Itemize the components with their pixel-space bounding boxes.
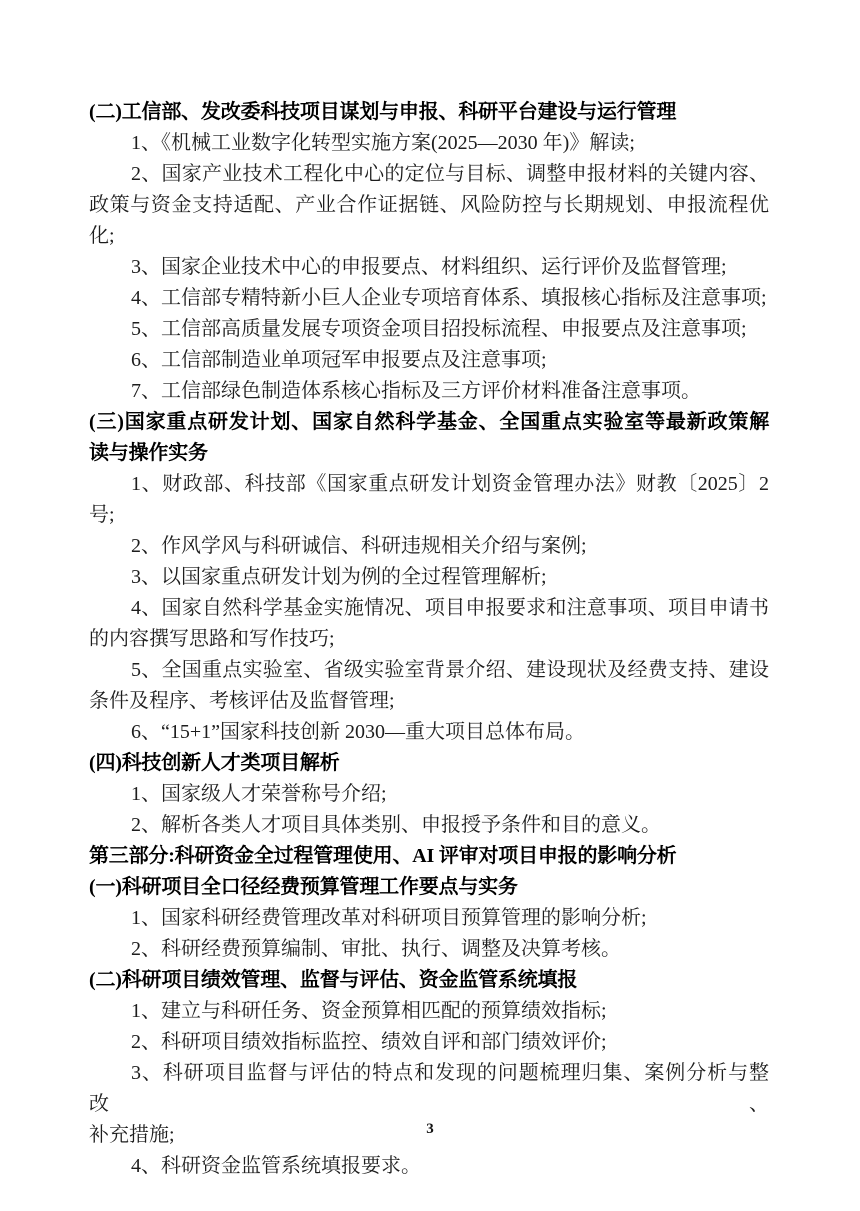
item-line: 2、解析各类人才项目具体类别、申报授予条件和目的意义。	[89, 810, 769, 841]
document-page-body: (二)工信部、发改委科技项目谋划与申报、科研平台建设与运行管理1、《机械工业数字…	[89, 97, 769, 1182]
item-line: 3、以国家重点研发计划为例的全过程管理解析;	[89, 562, 769, 593]
section-heading-line: (一)科研项目全口径经费预算管理工作要点与实务	[89, 872, 769, 903]
item-line: 1、建立与科研任务、资金预算相匹配的预算绩效指标;	[89, 996, 769, 1027]
item-line: 4、科研资金监管系统填报要求。	[89, 1151, 769, 1182]
section-heading-line: (二)工信部、发改委科技项目谋划与申报、科研平台建设与运行管理	[89, 97, 769, 128]
section-heading-line: 读与操作实务	[89, 438, 769, 469]
item-line: 5、全国重点实验室、省级实验室背景介绍、建设现状及经费支持、建设	[89, 655, 769, 686]
item-line: 2、作风学风与科研诚信、科研违规相关介绍与案例;	[89, 531, 769, 562]
page-number: 3	[0, 1119, 860, 1139]
section-heading-line: (三)国家重点研发计划、国家自然科学基金、全国重点实验室等最新政策解	[89, 407, 769, 438]
item-line: 1、财政部、科技部《国家重点研发计划资金管理办法》财教〔2025〕2 号;	[89, 469, 769, 531]
item-line: 的内容撰写思路和写作技巧;	[89, 624, 769, 655]
item-line: 2、科研经费预算编制、审批、执行、调整及决算考核。	[89, 934, 769, 965]
item-line: 7、工信部绿色制造体系核心指标及三方评价材料准备注意事项。	[89, 376, 769, 407]
item-line: 政策与资金支持适配、产业合作证据链、风险防控与长期规划、申报流程优化;	[89, 190, 769, 252]
item-line: 3、国家企业技术中心的申报要点、材料组织、运行评价及监督管理;	[89, 252, 769, 283]
section-heading-line: (四)科技创新人才类项目解析	[89, 748, 769, 779]
item-line: 6、工信部制造业单项冠军申报要点及注意事项;	[89, 345, 769, 376]
item-line: 6、“15+1”国家科技创新 2030—重大项目总体布局。	[89, 717, 769, 748]
item-line: 条件及程序、考核评估及监督管理;	[89, 686, 769, 717]
item-line: 2、国家产业技术工程化中心的定位与目标、调整申报材料的关键内容、	[89, 159, 769, 190]
item-line: 2、科研项目绩效指标监控、绩效自评和部门绩效评价;	[89, 1027, 769, 1058]
item-line: 1、《机械工业数字化转型实施方案(2025—2030 年)》解读;	[89, 128, 769, 159]
item-line: 4、国家自然科学基金实施情况、项目申报要求和注意事项、项目申请书	[89, 593, 769, 624]
item-line: 5、工信部高质量发展专项资金项目招投标流程、申报要点及注意事项;	[89, 314, 769, 345]
item-line: 4、工信部专精特新小巨人企业专项培育体系、填报核心指标及注意事项;	[89, 283, 769, 314]
item-line: 1、国家科研经费管理改革对科研项目预算管理的影响分析;	[89, 903, 769, 934]
item-line: 3、科研项目监督与评估的特点和发现的问题梳理归集、案例分析与整改、	[89, 1058, 769, 1120]
item-line: 1、国家级人才荣誉称号介绍;	[89, 779, 769, 810]
section-heading-line: (二)科研项目绩效管理、监督与评估、资金监管系统填报	[89, 965, 769, 996]
part-heading-line: 第三部分:科研资金全过程管理使用、AI 评审对项目申报的影响分析	[89, 841, 769, 872]
